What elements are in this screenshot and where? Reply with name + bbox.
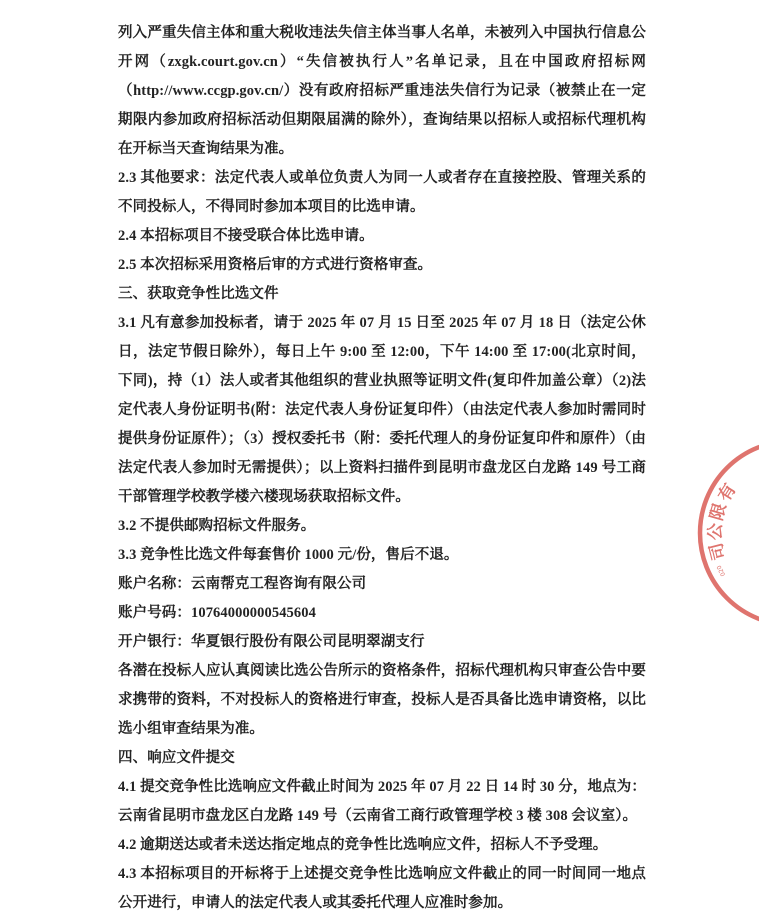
seal-char-2: 限 [707, 501, 730, 523]
paragraph-2-3-other-requirements: 2.3 其他要求：法定代表人或单位负责人为同一人或者存在直接控股、管理关系的不同… [118, 164, 646, 222]
account-number-line: 账户号码：10764000000545604 [118, 599, 646, 628]
paragraph-qualification-note: 各潜在投标人应认真阅读比选公告所示的资格条件，招标代理机构只审查公告中要求携带的… [118, 657, 646, 744]
seal-outer-ring [700, 441, 759, 625]
paragraph-2-5-post-qualification: 2.5 本次招标采用资格后审的方式进行资格审查。 [118, 251, 646, 280]
paragraph-credit-record: 列入严重失信主体和重大税收违法失信主体当事人名单，未被列入中国执行信息公开网（z… [118, 19, 646, 164]
seal-char-3: 公 [706, 523, 725, 540]
seal-char-1: 有 [714, 480, 740, 505]
paragraph-4-2-late-delivery: 4.2 逾期送达或者未送达指定地点的竞争性比选响应文件，招标人不予受理。 [118, 831, 646, 860]
paragraph-2-4-no-consortium: 2.4 本招标项目不接受联合体比选申请。 [118, 222, 646, 251]
paragraph-4-3-bid-opening: 4.3 本招标项目的开标将于上述提交竞争性比选响应文件截止的同一时间同一地点公开… [118, 860, 646, 916]
section-heading-4-response-submission: 四、响应文件提交 [118, 744, 646, 773]
paragraph-3-3-document-price: 3.3 竞争性比选文件每套售价 1000 元/份，售后不退。 [118, 541, 646, 570]
account-name-line: 账户名称：云南帮克工程咨询有限公司 [118, 570, 646, 599]
section-heading-3-obtain-documents: 三、获取竞争性比选文件 [118, 280, 646, 309]
company-round-seal: 有 限 公 司 020 [689, 438, 759, 638]
seal-serial-digits: 020 [716, 564, 728, 578]
paragraph-3-2-no-mail-order: 3.2 不提供邮购招标文件服务。 [118, 512, 646, 541]
document-page: 列入严重失信主体和重大税收违法失信主体当事人名单，未被列入中国执行信息公开网（z… [118, 19, 646, 916]
paragraph-3-1-obtain-documents: 3.1 凡有意参加投标者，请于 2025 年 07 月 15 日至 2025 年… [118, 309, 646, 512]
bank-name-line: 开户银行：华夏银行股份有限公司昆明翠湖支行 [118, 628, 646, 657]
paragraph-4-1-submission-deadline: 4.1 提交竞争性比选响应文件截止时间为 2025 年 07 月 22 日 14… [118, 773, 646, 831]
seal-char-4: 司 [706, 541, 729, 562]
